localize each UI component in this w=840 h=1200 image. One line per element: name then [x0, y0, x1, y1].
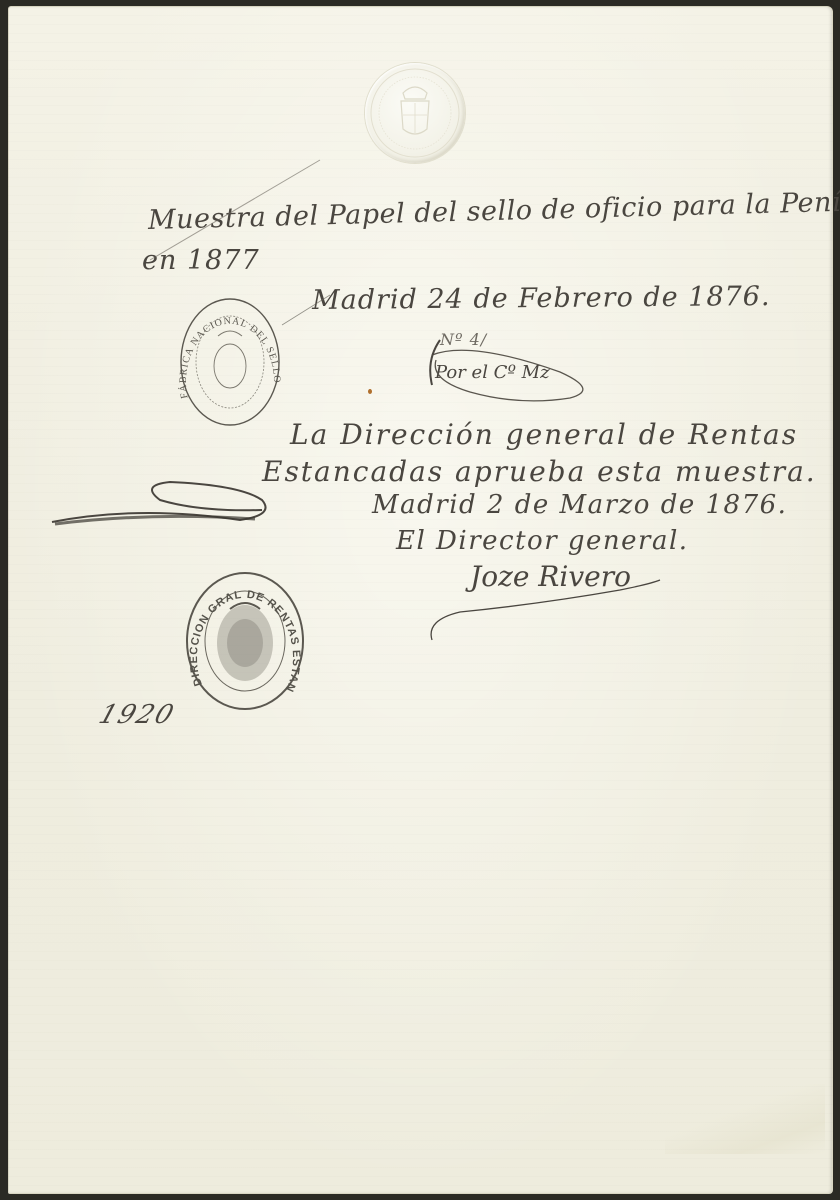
- approval-title: El Director general.: [396, 526, 689, 556]
- margin-number: 1920: [95, 700, 179, 730]
- approval-line-2: Estancadas aprueba esta muestra.: [262, 455, 817, 488]
- reference-rubric: Por el Cº Mz: [435, 362, 550, 383]
- scanned-page: Muestra del Papel del sello de oficio pa…: [0, 0, 840, 1200]
- approval-date: Madrid 2 de Marzo de 1876.: [372, 490, 787, 520]
- rentas-estancadas-stamp-icon: DIRECCION GRAL DE RENTAS ESTANCADAS: [182, 569, 308, 713]
- reference-mark: Nº 4/: [440, 330, 487, 349]
- approval-line-1: La Dirección general de Rentas: [290, 418, 798, 451]
- paper-sheet: [8, 6, 833, 1194]
- heading-line-2: en 1877: [142, 245, 260, 276]
- fabrica-stamp-text: FÁBRICA NACIONAL DEL SELLO: [178, 316, 282, 400]
- svg-text:FÁBRICA NACIONAL DEL SELLO: FÁBRICA NACIONAL DEL SELLO: [178, 316, 282, 400]
- director-signature: Joze Rivero: [470, 560, 631, 593]
- embossed-seal-icon: [365, 63, 465, 163]
- fabrica-nacional-stamp-icon: FÁBRICA NACIONAL DEL SELLO: [178, 296, 282, 428]
- date-line: Madrid 24 de Febrero de 1876.: [312, 281, 771, 316]
- ink-spot: [368, 389, 372, 394]
- paper-fold-shadow: [665, 1084, 825, 1154]
